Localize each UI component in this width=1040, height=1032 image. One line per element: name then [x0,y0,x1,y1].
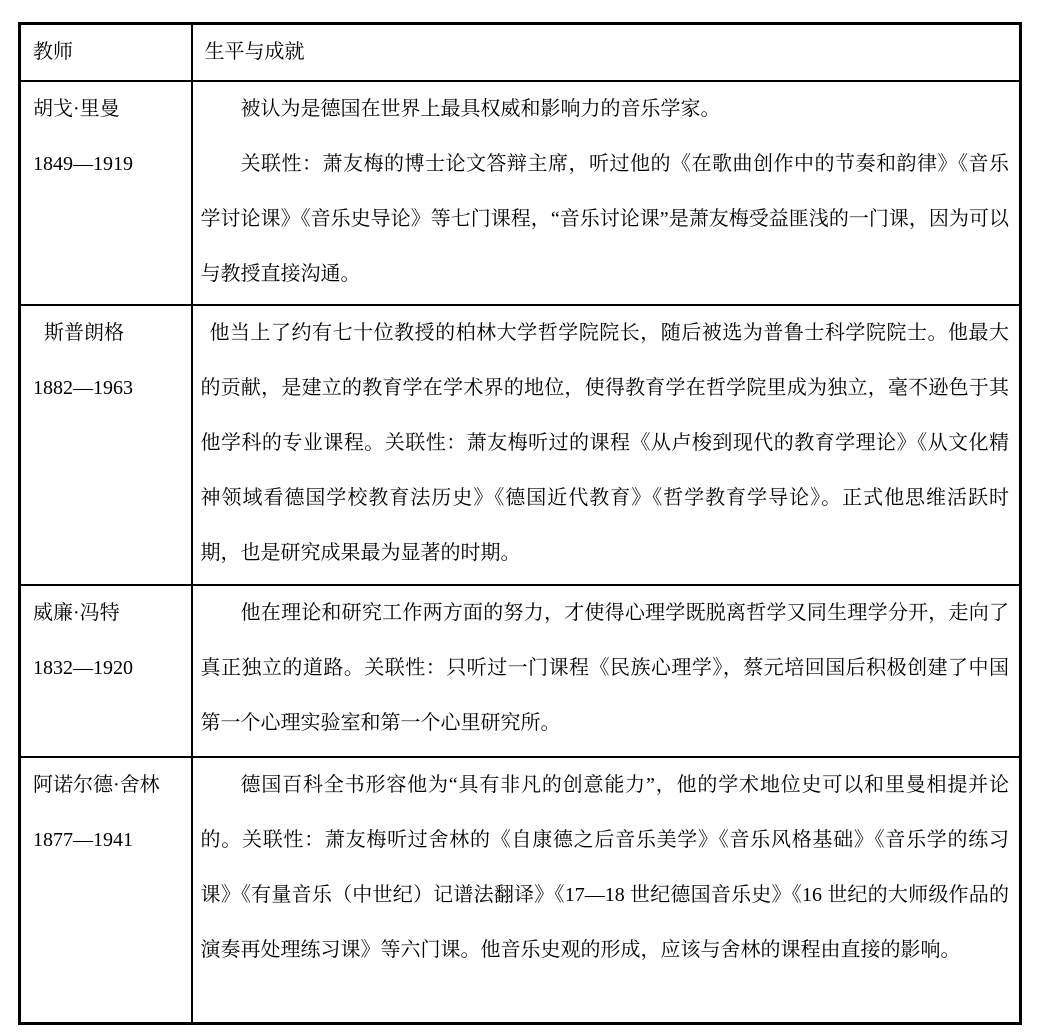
bio-paragraph: 他当上了约有七十位教授的柏林大学哲学院院长，随后被选为普鲁士科学院院士。他最大的… [201,306,1010,581]
table-row: 胡戈·里曼 1849—1919 被认为是德国在世界上最具权威和影响力的音乐学家。… [20,81,1021,305]
bio-paragraph: 他在理论和研究工作两方面的努力，才使得心理学既脱离哲学又同生理学分开，走向了真正… [201,586,1010,751]
bio-cell: 他在理论和研究工作两方面的努力，才使得心理学既脱离哲学又同生理学分开，走向了真正… [192,585,1021,757]
teacher-name: 斯普朗格 [33,306,181,361]
header-teacher: 教师 [20,24,192,82]
header-bio: 生平与成就 [192,24,1021,82]
teacher-years: 1882—1963 [33,361,181,416]
table-row: 阿诺尔德·舍林 1877—1941 德国百科全书形容他为“具有非凡的创意能力”，… [20,757,1021,1024]
table-row: 斯普朗格 1882—1963 他当上了约有七十位教授的柏林大学哲学院院长，随后被… [20,305,1021,585]
bio-cell: 他当上了约有七十位教授的柏林大学哲学院院长，随后被选为普鲁士科学院院士。他最大的… [192,305,1021,585]
document-page: 教师 生平与成就 胡戈·里曼 1849—1919 被认为是德国在世界上最具权威和… [0,0,1040,1032]
teacher-name: 胡戈·里曼 [33,82,181,137]
bio-paragraph: 德国百科全书形容他为“具有非凡的创意能力”，他的学术地位史可以和里曼相提并论的。… [201,758,1010,978]
teacher-years: 1849—1919 [33,137,181,192]
table-header-row: 教师 生平与成就 [20,24,1021,82]
bio-cell: 德国百科全书形容他为“具有非凡的创意能力”，他的学术地位史可以和里曼相提并论的。… [192,757,1021,1024]
teacher-cell: 威廉·冯特 1832—1920 [20,585,192,757]
bio-cell: 被认为是德国在世界上最具权威和影响力的音乐学家。 关联性：萧友梅的博士论文答辩主… [192,81,1021,305]
teacher-name: 阿诺尔德·舍林 [33,758,181,813]
teacher-years: 1877—1941 [33,813,181,868]
teacher-name: 威廉·冯特 [33,586,181,641]
teachers-table: 教师 生平与成就 胡戈·里曼 1849—1919 被认为是德国在世界上最具权威和… [18,22,1022,1025]
teacher-cell: 胡戈·里曼 1849—1919 [20,81,192,305]
teacher-years: 1832—1920 [33,641,181,696]
bio-paragraph: 关联性：萧友梅的博士论文答辩主席，听过他的《在歌曲创作中的节奏和韵律》《音乐学讨… [201,137,1010,302]
teacher-cell: 阿诺尔德·舍林 1877—1941 [20,757,192,1024]
table-row: 威廉·冯特 1832—1920 他在理论和研究工作两方面的努力，才使得心理学既脱… [20,585,1021,757]
bio-paragraph: 被认为是德国在世界上最具权威和影响力的音乐学家。 [201,82,1010,137]
teacher-cell: 斯普朗格 1882—1963 [20,305,192,585]
